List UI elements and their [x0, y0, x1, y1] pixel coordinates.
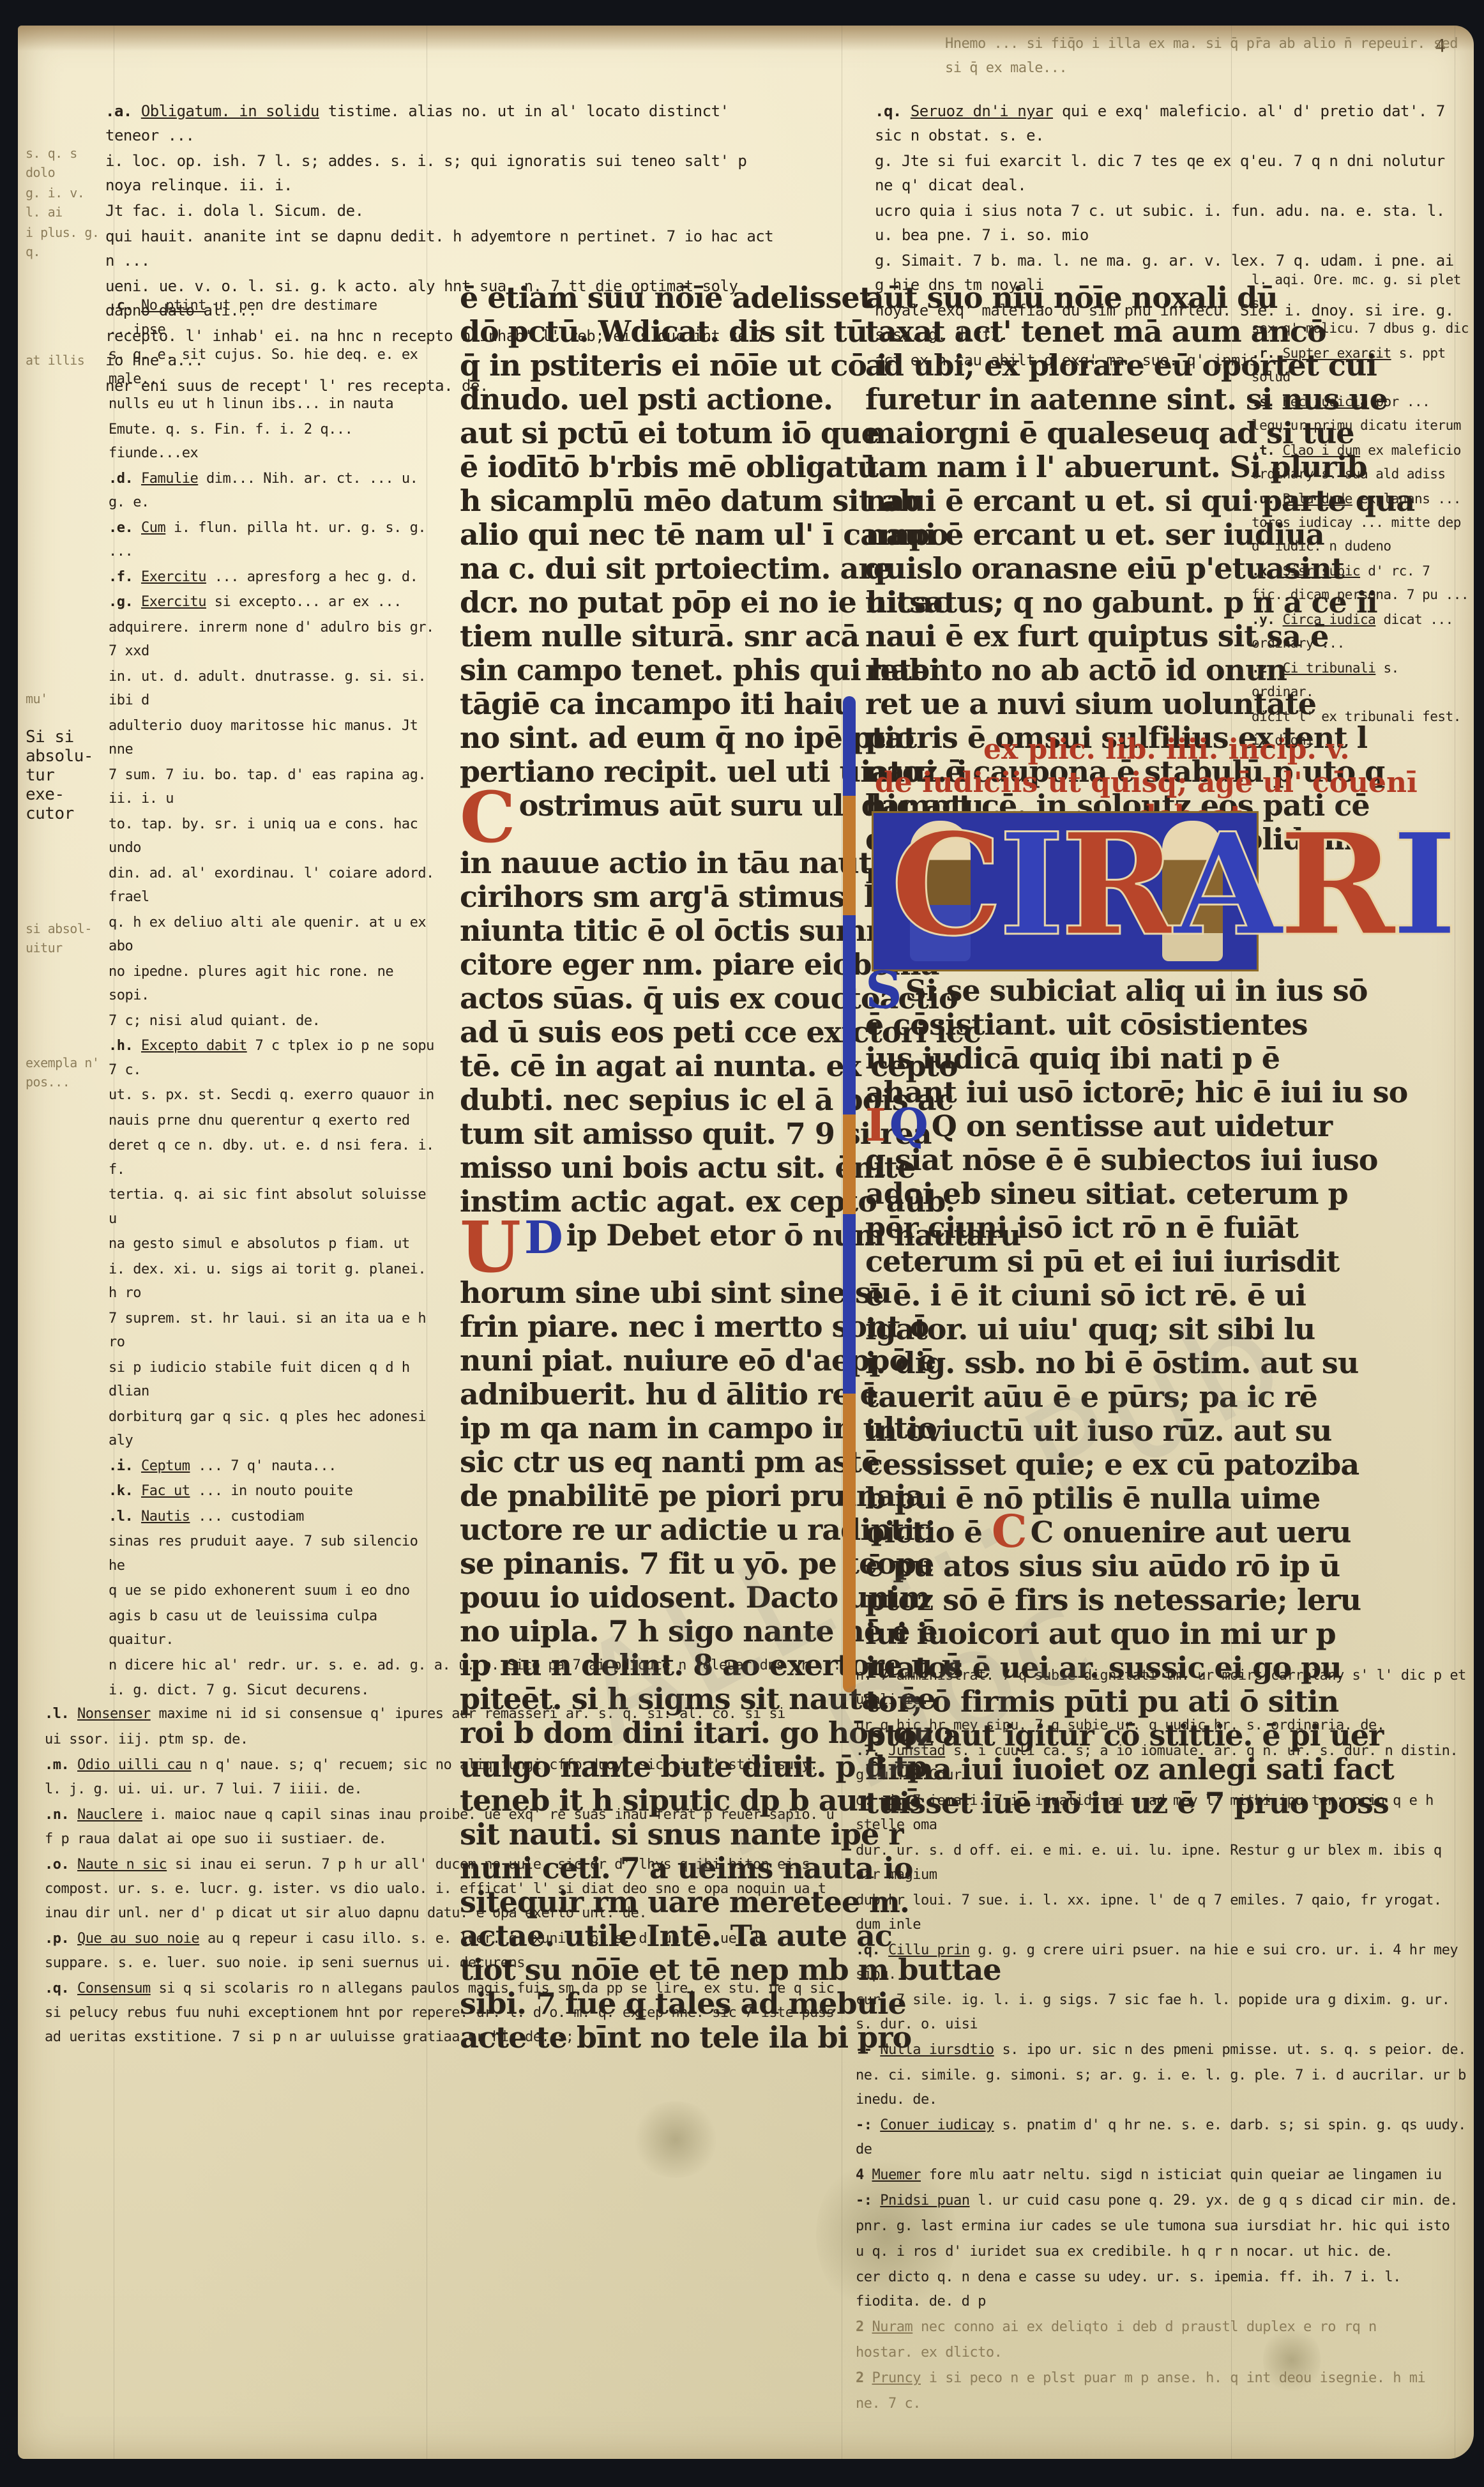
gloss-line: Jt fac. i. dola l. Sicum. de. [105, 199, 782, 223]
blue-initial-d: D [524, 1219, 563, 1257]
top-faint-gloss: Hnemo ... si fiq̄o i illa ex ma. si q̄ p… [945, 32, 1469, 82]
gloss-line: ucro quia i sius nota 7 c. ut subic. i. … [875, 199, 1462, 247]
red-initial-c: C [460, 789, 515, 846]
parchment-stain [631, 2101, 720, 2178]
gloss-line: .q. Seruoz dn'i nyar qui e exq' malefici… [875, 99, 1462, 148]
red-initial-u: U [460, 1219, 520, 1276]
historiated-initial: CIRARI [852, 786, 1261, 971]
gloss-line: g. Jte si fui exarcit l. dic 7 tes qe ex… [875, 149, 1462, 197]
blue-initial-q: Q [890, 1109, 928, 1141]
blue-initial-s: S [865, 974, 902, 1006]
red-initial-i: I [865, 1109, 886, 1141]
right-gloss-column: l. aqi. Ore. mc. g. si plet s sex q' mal… [1252, 268, 1469, 754]
gloss-line: qui hauit. ananite int se dapnu dedit. h… [105, 224, 782, 273]
paragraph-start: UDip Debet etor ō num nautaru [460, 1219, 843, 1276]
gloss-line: i. loc. op. ish. 7 l. s; addes. s. i. s;… [105, 149, 782, 197]
paragraph-start: Costrimus aūt suru ul' damptu [460, 789, 843, 846]
display-initial-letters: CIRARI [891, 802, 1453, 968]
left-margin-notes: s. q. s dolo g. i. v. l. ai i plus. g. q… [26, 144, 102, 1093]
gloss-line: .a. Obligatum. in solidu tistime. alias … [105, 99, 782, 148]
left-gloss-column: .c. No ptint ut pen dre destimare ...ips… [109, 294, 441, 1704]
